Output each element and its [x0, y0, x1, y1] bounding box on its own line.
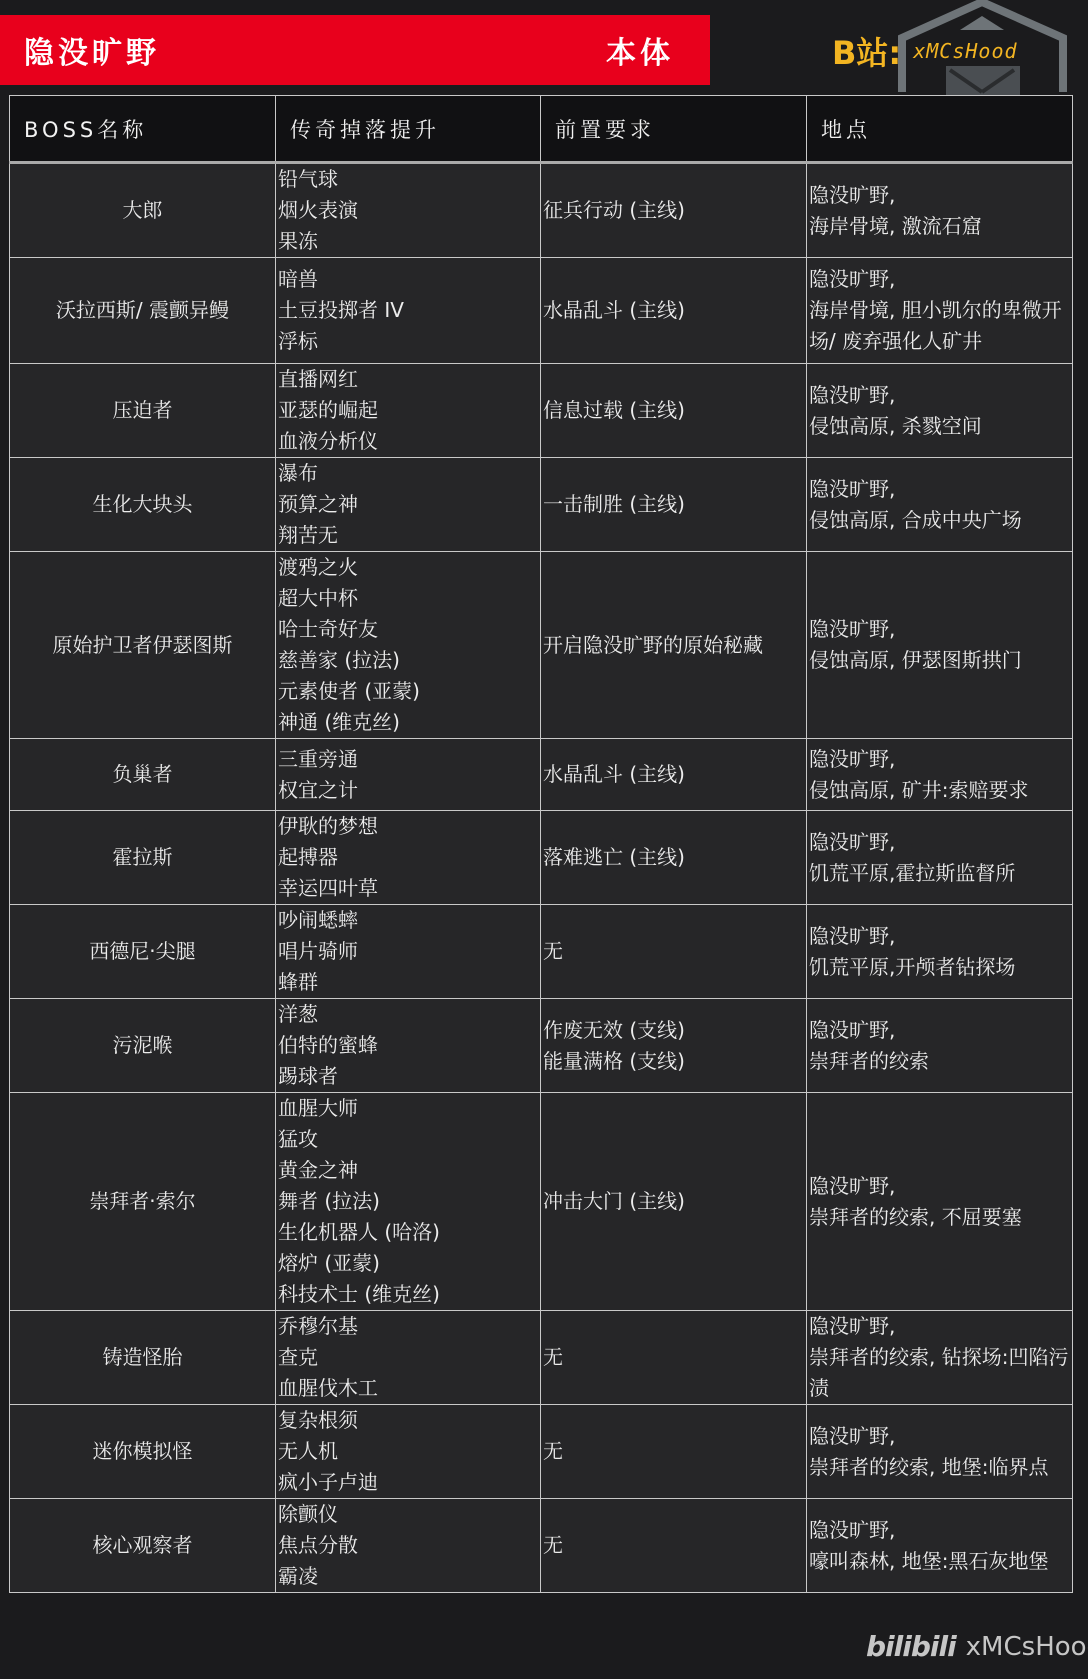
- legendary-drops-line: 铅气球: [278, 164, 538, 195]
- credit-name: xMCsHood: [913, 39, 1017, 63]
- legendary-drops-line: 幸运四叶草: [278, 873, 538, 904]
- watermark-name: xMCsHood: [966, 1632, 1088, 1662]
- legendary-drops-line: 起搏器: [278, 842, 538, 873]
- requirements-line: 无: [543, 1342, 804, 1373]
- location-cell: 隐没旷野,侵蚀高原, 伊瑟图斯拱门: [807, 552, 1073, 739]
- table-row: 铸造怪胎乔穆尔基查克血腥伐木工无隐没旷野,崇拜者的绞索, 钻探场:凹陷污渍: [10, 1311, 1073, 1405]
- legendary-drops-cell: 复杂根须无人机疯小子卢迪: [276, 1405, 541, 1499]
- location-line: 隐没旷野,: [809, 827, 1070, 858]
- location-cell: 隐没旷野,崇拜者的绞索, 不屈要塞: [807, 1093, 1073, 1311]
- legendary-drops-cell: 血腥大师猛攻黄金之神舞者 (拉法)生化机器人 (哈洛)熔炉 (亚蒙)科技术士 (…: [276, 1093, 541, 1311]
- legendary-drops-line: 无人机: [278, 1436, 538, 1467]
- location-line: 嚎叫森林, 地堡:黑石灰地堡: [809, 1546, 1070, 1577]
- legendary-drops-line: 瀑布: [278, 458, 538, 489]
- location-cell: 隐没旷野,崇拜者的绞索, 地堡:临界点: [807, 1405, 1073, 1499]
- boss-name-cell: 西德尼·尖腿: [10, 905, 276, 999]
- boss-name-cell: 铸造怪胎: [10, 1311, 276, 1405]
- location-cell: 隐没旷野,侵蚀高原, 杀戮空间: [807, 364, 1073, 458]
- requirements-cell: 作废无效 (支线)能量满格 (支线): [541, 999, 807, 1093]
- location-line: 崇拜者的绞索, 钻探场:凹陷污渍: [809, 1342, 1070, 1404]
- requirements-cell: 水晶乱斗 (主线): [541, 258, 807, 364]
- requirements-line: 冲击大门 (主线): [543, 1186, 804, 1217]
- legendary-drops-line: 浮标: [278, 326, 538, 357]
- legendary-drops-line: 舞者 (拉法): [278, 1186, 538, 1217]
- legendary-drops-line: 伯特的蜜蜂: [278, 1030, 538, 1061]
- requirements-line: 水晶乱斗 (主线): [543, 759, 804, 790]
- location-line: 崇拜者的绞索: [809, 1046, 1070, 1077]
- legendary-drops-line: 吵闹蟋蟀: [278, 905, 538, 936]
- requirements-line: 落难逃亡 (主线): [543, 842, 804, 873]
- legendary-drops-line: 亚瑟的崛起: [278, 395, 538, 426]
- requirements-line: 能量满格 (支线): [543, 1046, 804, 1077]
- boss-name-cell: 沃拉西斯/ 震颤异鳗: [10, 258, 276, 364]
- requirements-cell: 开启隐没旷野的原始秘藏: [541, 552, 807, 739]
- requirements-line: 信息过载 (主线): [543, 395, 804, 426]
- requirements-line: 无: [543, 1530, 804, 1561]
- legendary-drops-line: 乔穆尔基: [278, 1311, 538, 1342]
- requirements-cell: 信息过载 (主线): [541, 364, 807, 458]
- location-line: 隐没旷野,: [809, 1421, 1070, 1452]
- location-cell: 隐没旷野,海岸骨境, 激流石窟: [807, 163, 1073, 258]
- header-location: 地点: [807, 96, 1073, 163]
- requirements-line: 水晶乱斗 (主线): [543, 295, 804, 326]
- watermark: bilibili xMCsHood: [866, 1630, 1088, 1663]
- legendary-drops-line: 预算之神: [278, 489, 538, 520]
- header-requirements: 前置要求: [541, 96, 807, 163]
- location-line: 隐没旷野,: [809, 180, 1070, 211]
- boss-table: BOSS名称 传奇掉落提升 前置要求 地点 大郎铅气球烟火表演果冻征兵行动 (主…: [9, 95, 1073, 1593]
- legendary-drops-line: 血腥大师: [278, 1093, 538, 1124]
- requirements-line: 开启隐没旷野的原始秘藏: [543, 630, 804, 661]
- legendary-drops-line: 查克: [278, 1342, 538, 1373]
- boss-name-cell: 崇拜者·索尔: [10, 1093, 276, 1311]
- location-line: 崇拜者的绞索, 不屈要塞: [809, 1202, 1070, 1233]
- legendary-drops-line: 洋葱: [278, 999, 538, 1030]
- table-row: 西德尼·尖腿吵闹蟋蟀唱片骑师蜂群无隐没旷野,饥荒平原,开颅者钻探场: [10, 905, 1073, 999]
- location-cell: 隐没旷野,侵蚀高原, 合成中央广场: [807, 458, 1073, 552]
- location-line: 隐没旷野,: [809, 264, 1070, 295]
- legendary-drops-line: 蜂群: [278, 967, 538, 998]
- boss-name-cell: 大郎: [10, 163, 276, 258]
- legendary-drops-line: 烟火表演: [278, 195, 538, 226]
- location-line: 侵蚀高原, 伊瑟图斯拱门: [809, 645, 1070, 676]
- legendary-drops-cell: 瀑布预算之神翔苦无: [276, 458, 541, 552]
- author-credit: B站: xMCsHood: [832, 28, 1018, 74]
- location-line: 隐没旷野,: [809, 744, 1070, 775]
- boss-name-cell: 污泥喉: [10, 999, 276, 1093]
- location-cell: 隐没旷野,饥荒平原,开颅者钻探场: [807, 905, 1073, 999]
- legendary-drops-line: 血液分析仪: [278, 426, 538, 457]
- location-line: 海岸骨境, 激流石窟: [809, 211, 1070, 242]
- legendary-drops-line: 权宜之计: [278, 775, 538, 806]
- table-row: 压迫者直播网红亚瑟的崛起血液分析仪信息过载 (主线)隐没旷野,侵蚀高原, 杀戮空…: [10, 364, 1073, 458]
- table-row: 大郎铅气球烟火表演果冻征兵行动 (主线)隐没旷野,海岸骨境, 激流石窟: [10, 163, 1073, 258]
- legendary-drops-line: 疯小子卢迪: [278, 1467, 538, 1498]
- location-line: 饥荒平原,霍拉斯监督所: [809, 858, 1070, 889]
- legendary-drops-cell: 暗兽土豆投掷者 IV浮标: [276, 258, 541, 364]
- legendary-drops-line: 直播网红: [278, 364, 538, 395]
- requirements-cell: 无: [541, 1311, 807, 1405]
- legendary-drops-line: 猛攻: [278, 1124, 538, 1155]
- legendary-drops-line: 神通 (维克丝): [278, 707, 538, 738]
- legendary-drops-cell: 渡鸦之火超大中杯哈士奇好友慈善家 (拉法)元素使者 (亚蒙)神通 (维克丝): [276, 552, 541, 739]
- legendary-drops-cell: 吵闹蟋蟀唱片骑师蜂群: [276, 905, 541, 999]
- location-line: 隐没旷野,: [809, 614, 1070, 645]
- legendary-drops-cell: 伊耿的梦想起搏器幸运四叶草: [276, 811, 541, 905]
- table-row: 迷你模拟怪复杂根须无人机疯小子卢迪无隐没旷野,崇拜者的绞索, 地堡:临界点: [10, 1405, 1073, 1499]
- legendary-drops-cell: 除颤仪焦点分散霸凌: [276, 1499, 541, 1593]
- table-body: 大郎铅气球烟火表演果冻征兵行动 (主线)隐没旷野,海岸骨境, 激流石窟沃拉西斯/…: [10, 163, 1073, 1593]
- table-row: 原始护卫者伊瑟图斯渡鸦之火超大中杯哈士奇好友慈善家 (拉法)元素使者 (亚蒙)神…: [10, 552, 1073, 739]
- legendary-drops-line: 血腥伐木工: [278, 1373, 538, 1404]
- requirements-line: 无: [543, 1436, 804, 1467]
- requirements-cell: 征兵行动 (主线): [541, 163, 807, 258]
- legendary-drops-line: 踢球者: [278, 1061, 538, 1092]
- boss-name-cell: 核心观察者: [10, 1499, 276, 1593]
- location-line: 隐没旷野,: [809, 921, 1070, 952]
- legendary-drops-cell: 直播网红亚瑟的崛起血液分析仪: [276, 364, 541, 458]
- legendary-drops-line: 三重旁通: [278, 744, 538, 775]
- location-line: 海岸骨境, 胆小凯尔的卑微开场/ 废弃强化人矿井: [809, 295, 1070, 357]
- boss-name-cell: 迷你模拟怪: [10, 1405, 276, 1499]
- requirements-cell: 落难逃亡 (主线): [541, 811, 807, 905]
- location-cell: 隐没旷野,饥荒平原,霍拉斯监督所: [807, 811, 1073, 905]
- requirements-cell: 无: [541, 905, 807, 999]
- legendary-drops-line: 超大中杯: [278, 583, 538, 614]
- legendary-drops-cell: 洋葱伯特的蜜蜂踢球者: [276, 999, 541, 1093]
- legendary-drops-cell: 三重旁通权宜之计: [276, 739, 541, 811]
- legendary-drops-line: 唱片骑师: [278, 936, 538, 967]
- boss-name-cell: 原始护卫者伊瑟图斯: [10, 552, 276, 739]
- boss-name-cell: 霍拉斯: [10, 811, 276, 905]
- legendary-drops-cell: 乔穆尔基查克血腥伐木工: [276, 1311, 541, 1405]
- requirements-cell: 无: [541, 1405, 807, 1499]
- table-row: 负巢者三重旁通权宜之计水晶乱斗 (主线)隐没旷野,侵蚀高原, 矿井:索赔要求: [10, 739, 1073, 811]
- requirements-cell: 冲击大门 (主线): [541, 1093, 807, 1311]
- legendary-drops-line: 慈善家 (拉法): [278, 645, 538, 676]
- legendary-drops-line: 霸凌: [278, 1561, 538, 1592]
- table-row: 沃拉西斯/ 震颤异鳗暗兽土豆投掷者 IV浮标水晶乱斗 (主线)隐没旷野,海岸骨境…: [10, 258, 1073, 364]
- location-line: 侵蚀高原, 杀戮空间: [809, 411, 1070, 442]
- location-line: 侵蚀高原, 合成中央广场: [809, 505, 1070, 536]
- legendary-drops-cell: 铅气球烟火表演果冻: [276, 163, 541, 258]
- legendary-drops-line: 伊耿的梦想: [278, 811, 538, 842]
- location-cell: 隐没旷野,嚎叫森林, 地堡:黑石灰地堡: [807, 1499, 1073, 1593]
- legendary-drops-line: 土豆投掷者 IV: [278, 295, 538, 326]
- banner-title: 隐没旷野: [24, 28, 160, 72]
- bilibili-logo-icon: bilibili: [866, 1630, 956, 1663]
- section-banner: 隐没旷野 本体: [0, 15, 710, 85]
- table-row: 污泥喉洋葱伯特的蜜蜂踢球者作废无效 (支线)能量满格 (支线)隐没旷野,崇拜者的…: [10, 999, 1073, 1093]
- header-boss-name: BOSS名称: [10, 96, 276, 163]
- location-line: 隐没旷野,: [809, 1311, 1070, 1342]
- table-row: 霍拉斯伊耿的梦想起搏器幸运四叶草落难逃亡 (主线)隐没旷野,饥荒平原,霍拉斯监督…: [10, 811, 1073, 905]
- legendary-drops-line: 元素使者 (亚蒙): [278, 676, 538, 707]
- banner-subtitle: 本体: [606, 28, 674, 72]
- requirements-line: 一击制胜 (主线): [543, 489, 804, 520]
- location-line: 隐没旷野,: [809, 1515, 1070, 1546]
- location-line: 隐没旷野,: [809, 1015, 1070, 1046]
- location-cell: 隐没旷野,崇拜者的绞索: [807, 999, 1073, 1093]
- boss-name-cell: 生化大块头: [10, 458, 276, 552]
- legendary-drops-line: 科技术士 (维克丝): [278, 1279, 538, 1310]
- header-legendary-drops: 传奇掉落提升: [276, 96, 541, 163]
- location-line: 侵蚀高原, 矿井:索赔要求: [809, 775, 1070, 806]
- location-cell: 隐没旷野,侵蚀高原, 矿井:索赔要求: [807, 739, 1073, 811]
- location-cell: 隐没旷野,崇拜者的绞索, 钻探场:凹陷污渍: [807, 1311, 1073, 1405]
- location-line: 隐没旷野,: [809, 380, 1070, 411]
- legendary-drops-line: 焦点分散: [278, 1530, 538, 1561]
- requirements-cell: 水晶乱斗 (主线): [541, 739, 807, 811]
- legendary-drops-line: 生化机器人 (哈洛): [278, 1217, 538, 1248]
- location-line: 崇拜者的绞索, 地堡:临界点: [809, 1452, 1070, 1483]
- legendary-drops-line: 果冻: [278, 226, 538, 257]
- location-cell: 隐没旷野,海岸骨境, 胆小凯尔的卑微开场/ 废弃强化人矿井: [807, 258, 1073, 364]
- location-line: 隐没旷野,: [809, 474, 1070, 505]
- credit-label: B站:: [832, 28, 901, 74]
- location-line: 饥荒平原,开颅者钻探场: [809, 952, 1070, 983]
- legendary-drops-line: 哈士奇好友: [278, 614, 538, 645]
- requirements-line: 作废无效 (支线): [543, 1015, 804, 1046]
- boss-name-cell: 压迫者: [10, 364, 276, 458]
- legendary-drops-line: 黄金之神: [278, 1155, 538, 1186]
- requirements-line: 征兵行动 (主线): [543, 195, 804, 226]
- requirements-line: 无: [543, 936, 804, 967]
- table-row: 生化大块头瀑布预算之神翔苦无一击制胜 (主线)隐没旷野,侵蚀高原, 合成中央广场: [10, 458, 1073, 552]
- table-row: 核心观察者除颤仪焦点分散霸凌无隐没旷野,嚎叫森林, 地堡:黑石灰地堡: [10, 1499, 1073, 1593]
- legendary-drops-line: 翔苦无: [278, 520, 538, 551]
- legendary-drops-line: 复杂根须: [278, 1405, 538, 1436]
- legendary-drops-line: 暗兽: [278, 264, 538, 295]
- legendary-drops-line: 渡鸦之火: [278, 552, 538, 583]
- requirements-cell: 无: [541, 1499, 807, 1593]
- table-header-row: BOSS名称 传奇掉落提升 前置要求 地点: [10, 96, 1073, 163]
- boss-name-cell: 负巢者: [10, 739, 276, 811]
- requirements-cell: 一击制胜 (主线): [541, 458, 807, 552]
- table-row: 崇拜者·索尔血腥大师猛攻黄金之神舞者 (拉法)生化机器人 (哈洛)熔炉 (亚蒙)…: [10, 1093, 1073, 1311]
- legendary-drops-line: 熔炉 (亚蒙): [278, 1248, 538, 1279]
- legendary-drops-line: 除颤仪: [278, 1499, 538, 1530]
- location-line: 隐没旷野,: [809, 1171, 1070, 1202]
